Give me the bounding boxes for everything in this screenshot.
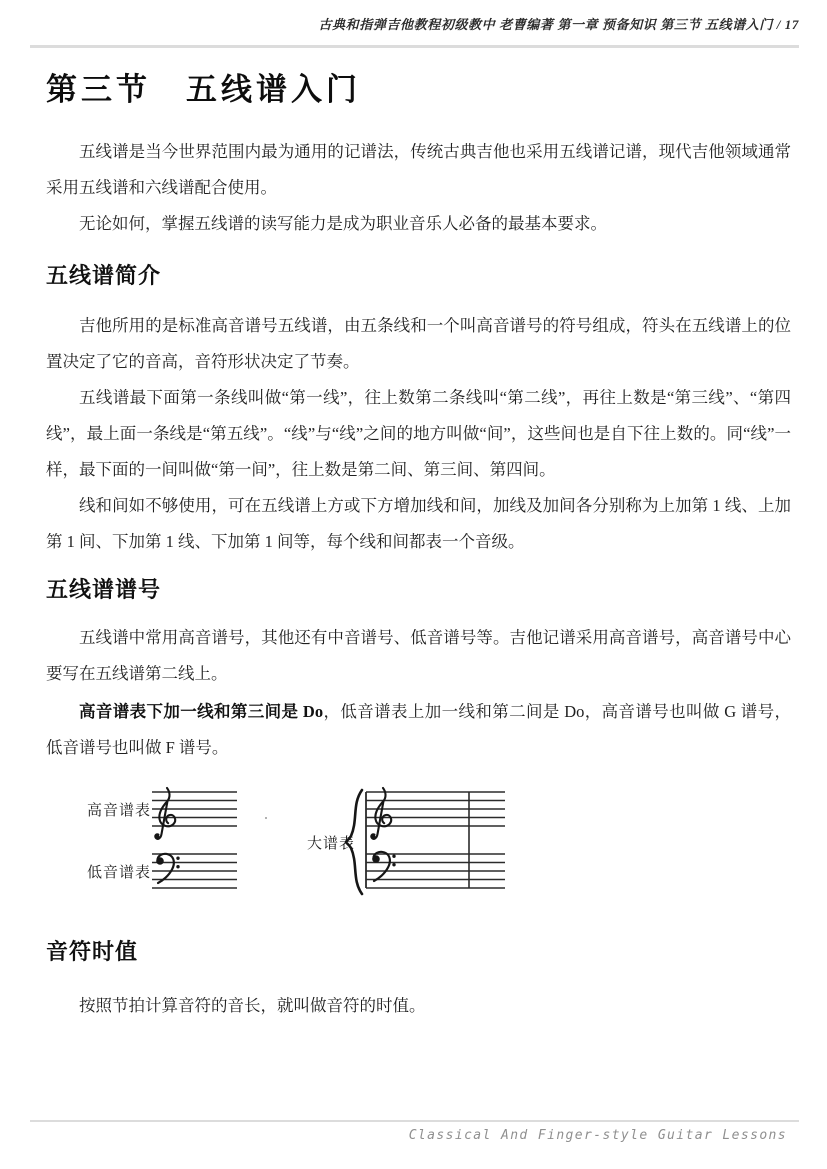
page-title: 第三节 五线谱入门	[46, 70, 827, 110]
grand-bass-clef-icon	[372, 852, 396, 881]
bass-staff-label: 低音谱表	[87, 863, 151, 881]
treble-clef-icon	[155, 788, 175, 839]
footer-text: Classical And Finger-style Guitar Lesson…	[409, 1128, 787, 1143]
grand-staff	[366, 792, 505, 888]
clefs-paragraph-2: 高音谱表下加一线和第三间是 Do，低音谱表上加一线和第二间是 Do，高音谱号也叫…	[0, 694, 827, 766]
note-duration-paragraph-1: 按照节拍计算音符的音长，就叫做音符的时值。	[0, 988, 827, 1024]
bass-staff	[152, 854, 237, 888]
footer-rule	[30, 1120, 799, 1122]
staff-intro-paragraph-1: 吉他所用的是标准高音谱号五线谱，由五条线和一个叫高音谱号的符号组成，符头在五线谱…	[0, 308, 827, 380]
intro-paragraph-2: 无论如何，掌握五线谱的读写能力是成为职业音乐人必备的最基本要求。	[0, 206, 827, 242]
clefs-paragraph-2-bold-lead: 高音谱表下加一线和第三间是 Do	[79, 702, 323, 721]
section-heading-note-duration: 音符时值	[46, 936, 827, 968]
grand-treble-clef-icon	[371, 788, 391, 839]
scan-speck	[265, 817, 267, 819]
section-heading-clefs: 五线谱谱号	[46, 574, 827, 606]
clefs-paragraph-1: 五线谱中常用高音谱号，其他还有中音谱号、低音谱号等。吉他记谱采用高音谱号，高音谱…	[0, 620, 827, 692]
intro-paragraph-1: 五线谱是当今世界范围内最为通用的记谱法，传统古典吉他也采用五线谱记谱，现代吉他领…	[0, 134, 827, 206]
treble-staff-label: 高音谱表	[87, 801, 151, 819]
section-heading-staff-intro: 五线谱简介	[46, 260, 827, 292]
document-page: 古典和指弹吉他教程初级教中 老曹编著 第一章 预备知识 第三节 五线谱入门 / …	[0, 0, 827, 1169]
clef-figure: 高音谱表 低音谱表	[85, 784, 515, 908]
staff-intro-paragraph-2: 五线谱最下面第一条线叫做“第一线”，往上数第二条线叫“第二线”，再往上数是“第三…	[0, 380, 827, 488]
page-header: 古典和指弹吉他教程初级教中 老曹编著 第一章 预备知识 第三节 五线谱入门 / …	[0, 0, 827, 32]
clef-figure-canvas: 高音谱表 低音谱表	[85, 784, 515, 908]
staff-intro-paragraph-3: 线和间如不够使用，可在五线谱上方或下方增加线和间，加线及加间各分别称为上加第 1…	[0, 488, 827, 560]
header-breadcrumb: 古典和指弹吉他教程初级教中 老曹编著 第一章 预备知识 第三节 五线谱入门 / …	[318, 17, 799, 32]
header-rule	[30, 45, 799, 48]
bass-clef-icon	[156, 854, 180, 883]
